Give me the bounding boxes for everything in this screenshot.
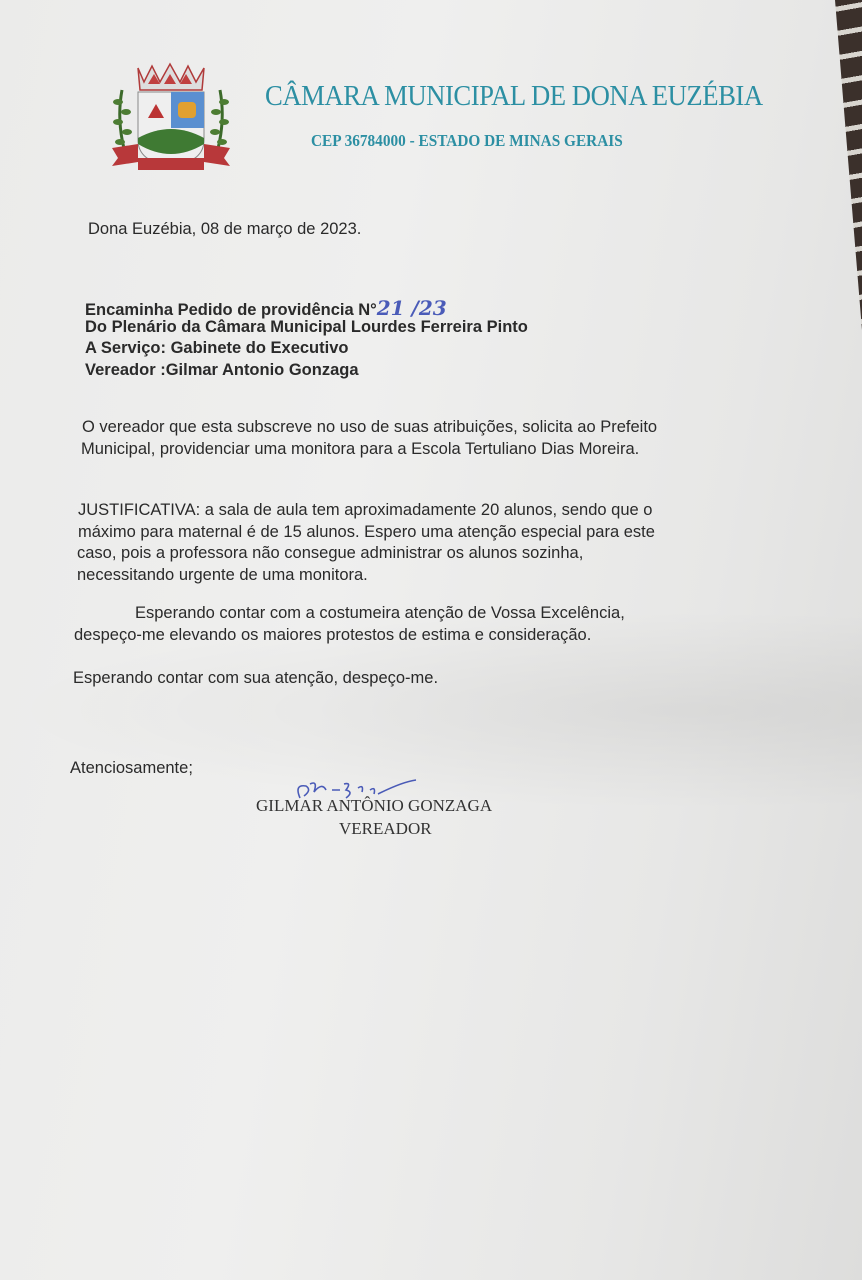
justification-line: máximo para maternal é de 15 alunos. Esp… (78, 523, 655, 542)
service-line: A Serviço: Gabinete do Executivo (85, 339, 348, 358)
origin-line: Do Plenário da Câmara Municipal Lourdes … (85, 318, 528, 337)
signatory-name: GILMAR ANTÔNIO GONZAGA (256, 796, 492, 816)
organization-title: CÂMARA MUNICIPAL DE DONA EUZÉBIA (265, 80, 763, 113)
justification-line: necessitando urgente de uma monitora. (77, 566, 368, 585)
justification-line: caso, pois a professora não consegue adm… (77, 544, 583, 563)
request-number-line: Encaminha Pedido de providência N°21 /23 (85, 296, 447, 320)
closing-formal-line: Esperando contar com a costumeira atençã… (135, 604, 625, 623)
request-number-label: Encaminha Pedido de providência N° (85, 301, 377, 319)
salutation: Atenciosamente; (70, 759, 193, 778)
date-line: Dona Euzébia, 08 de março de 2023. (88, 220, 361, 239)
coat-of-arms-icon (108, 62, 234, 176)
signatory-role: VEREADOR (339, 819, 432, 839)
justification-line: JUSTIFICATIVA: a sala de aula tem aproxi… (78, 501, 652, 520)
closing-formal-line: despeço-me elevando os maiores protestos… (74, 626, 591, 645)
request-text-line: O vereador que esta subscreve no uso de … (82, 418, 657, 437)
document-page: CÂMARA MUNICIPAL DE DONA EUZÉBIA CEP 367… (0, 0, 862, 1280)
organization-subtitle: CEP 36784000 - ESTADO DE MINAS GERAIS (311, 131, 623, 151)
closing-short-line: Esperando contar com sua atenção, despeç… (73, 669, 438, 688)
councilor-line: Vereador :Gilmar Antonio Gonzaga (85, 361, 359, 380)
request-text-line: Municipal, providenciar uma monitora par… (81, 440, 639, 459)
handwritten-request-number: 21 /23 (377, 296, 447, 320)
